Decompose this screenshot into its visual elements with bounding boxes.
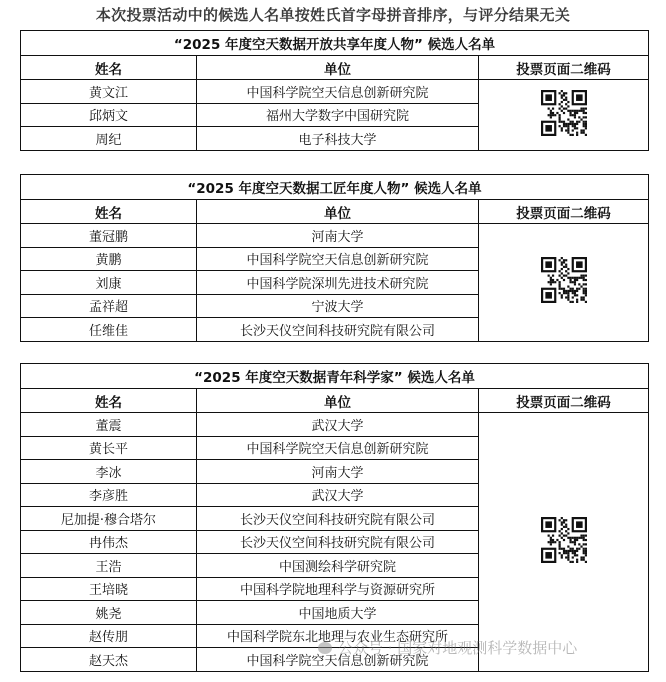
candidate-unit: 长沙天仪空间科技研究院有限公司: [197, 318, 479, 342]
candidate-name: 邱炳文: [21, 103, 197, 127]
column-header-unit: 单位: [197, 200, 479, 224]
qr-cell: [479, 80, 649, 151]
qr-cell: [479, 413, 649, 672]
candidate-name: 李冰: [21, 460, 197, 484]
candidate-name: 王培晓: [21, 577, 197, 601]
column-header-name: 姓名: [21, 200, 197, 224]
table-row: 董震 武汉大学: [21, 413, 649, 437]
candidate-name: 任维佳: [21, 318, 197, 342]
table-caption: “2025 年度空天数据青年科学家” 候选人名单: [21, 364, 649, 389]
candidate-name: 冉伟杰: [21, 530, 197, 554]
candidate-name: 董冠鹏: [21, 224, 197, 248]
candidate-unit: 中国科学院空天信息创新研究院: [197, 80, 479, 104]
candidate-table-open-sharing: “2025 年度空天数据开放共享年度人物” 候选人名单 姓名 单位 投票页面二维…: [20, 30, 649, 151]
table-caption: “2025 年度空天数据工匠年度人物” 候选人名单: [21, 175, 649, 200]
qr-code-icon[interactable]: [541, 517, 587, 563]
candidate-table-young-scientist: “2025 年度空天数据青年科学家” 候选人名单 姓名 单位 投票页面二维码 董…: [20, 363, 649, 672]
qr-code-icon[interactable]: [541, 90, 587, 136]
candidate-name: 赵传朋: [21, 624, 197, 648]
candidate-unit: 宁波大学: [197, 294, 479, 318]
column-header-unit: 单位: [197, 56, 479, 80]
table-row: 黄文江 中国科学院空天信息创新研究院: [21, 80, 649, 104]
candidate-unit: 中国科学院空天信息创新研究院: [197, 648, 479, 672]
candidate-unit: 武汉大学: [197, 413, 479, 437]
candidate-name: 尼加提·穆合塔尔: [21, 507, 197, 531]
candidate-unit: 中国测绘科学研究院: [197, 554, 479, 578]
candidate-unit: 河南大学: [197, 224, 479, 248]
page-title: 本次投票活动中的候选人名单按姓氏首字母拼音排序，与评分结果无关: [0, 4, 666, 25]
column-header-qr: 投票页面二维码: [479, 389, 649, 413]
candidate-name: 姚尧: [21, 601, 197, 625]
candidate-unit: 福州大学数字中国研究院: [197, 103, 479, 127]
candidate-name: 黄鹏: [21, 247, 197, 271]
candidate-name: 孟祥超: [21, 294, 197, 318]
candidate-name: 黄文江: [21, 80, 197, 104]
candidate-name: 黄长平: [21, 436, 197, 460]
candidate-unit: 河南大学: [197, 460, 479, 484]
candidate-unit: 电子科技大学: [197, 127, 479, 151]
candidate-unit: 中国科学院深圳先进技术研究院: [197, 271, 479, 295]
candidate-unit: 长沙天仪空间科技研究院有限公司: [197, 530, 479, 554]
candidate-unit: 长沙天仪空间科技研究院有限公司: [197, 507, 479, 531]
candidate-name: 刘康: [21, 271, 197, 295]
candidate-unit: 中国地质大学: [197, 601, 479, 625]
candidate-name: 周纪: [21, 127, 197, 151]
table-caption: “2025 年度空天数据开放共享年度人物” 候选人名单: [21, 31, 649, 56]
column-header-qr: 投票页面二维码: [479, 200, 649, 224]
candidate-unit: 中国科学院空天信息创新研究院: [197, 436, 479, 460]
qr-code-icon[interactable]: [541, 257, 587, 303]
candidate-name: 董震: [21, 413, 197, 437]
candidate-name: 李彦胜: [21, 483, 197, 507]
candidate-unit: 中国科学院空天信息创新研究院: [197, 247, 479, 271]
column-header-name: 姓名: [21, 56, 197, 80]
column-header-name: 姓名: [21, 389, 197, 413]
candidate-table-craftsman: “2025 年度空天数据工匠年度人物” 候选人名单 姓名 单位 投票页面二维码 …: [20, 174, 649, 342]
column-header-unit: 单位: [197, 389, 479, 413]
candidate-name: 赵天杰: [21, 648, 197, 672]
candidate-unit: 中国科学院地理科学与资源研究所: [197, 577, 479, 601]
column-header-qr: 投票页面二维码: [479, 56, 649, 80]
table-row: 董冠鹏 河南大学: [21, 224, 649, 248]
qr-cell: [479, 224, 649, 342]
candidate-unit: 中国科学院东北地理与农业生态研究所: [197, 624, 479, 648]
candidate-name: 王浩: [21, 554, 197, 578]
candidate-unit: 武汉大学: [197, 483, 479, 507]
